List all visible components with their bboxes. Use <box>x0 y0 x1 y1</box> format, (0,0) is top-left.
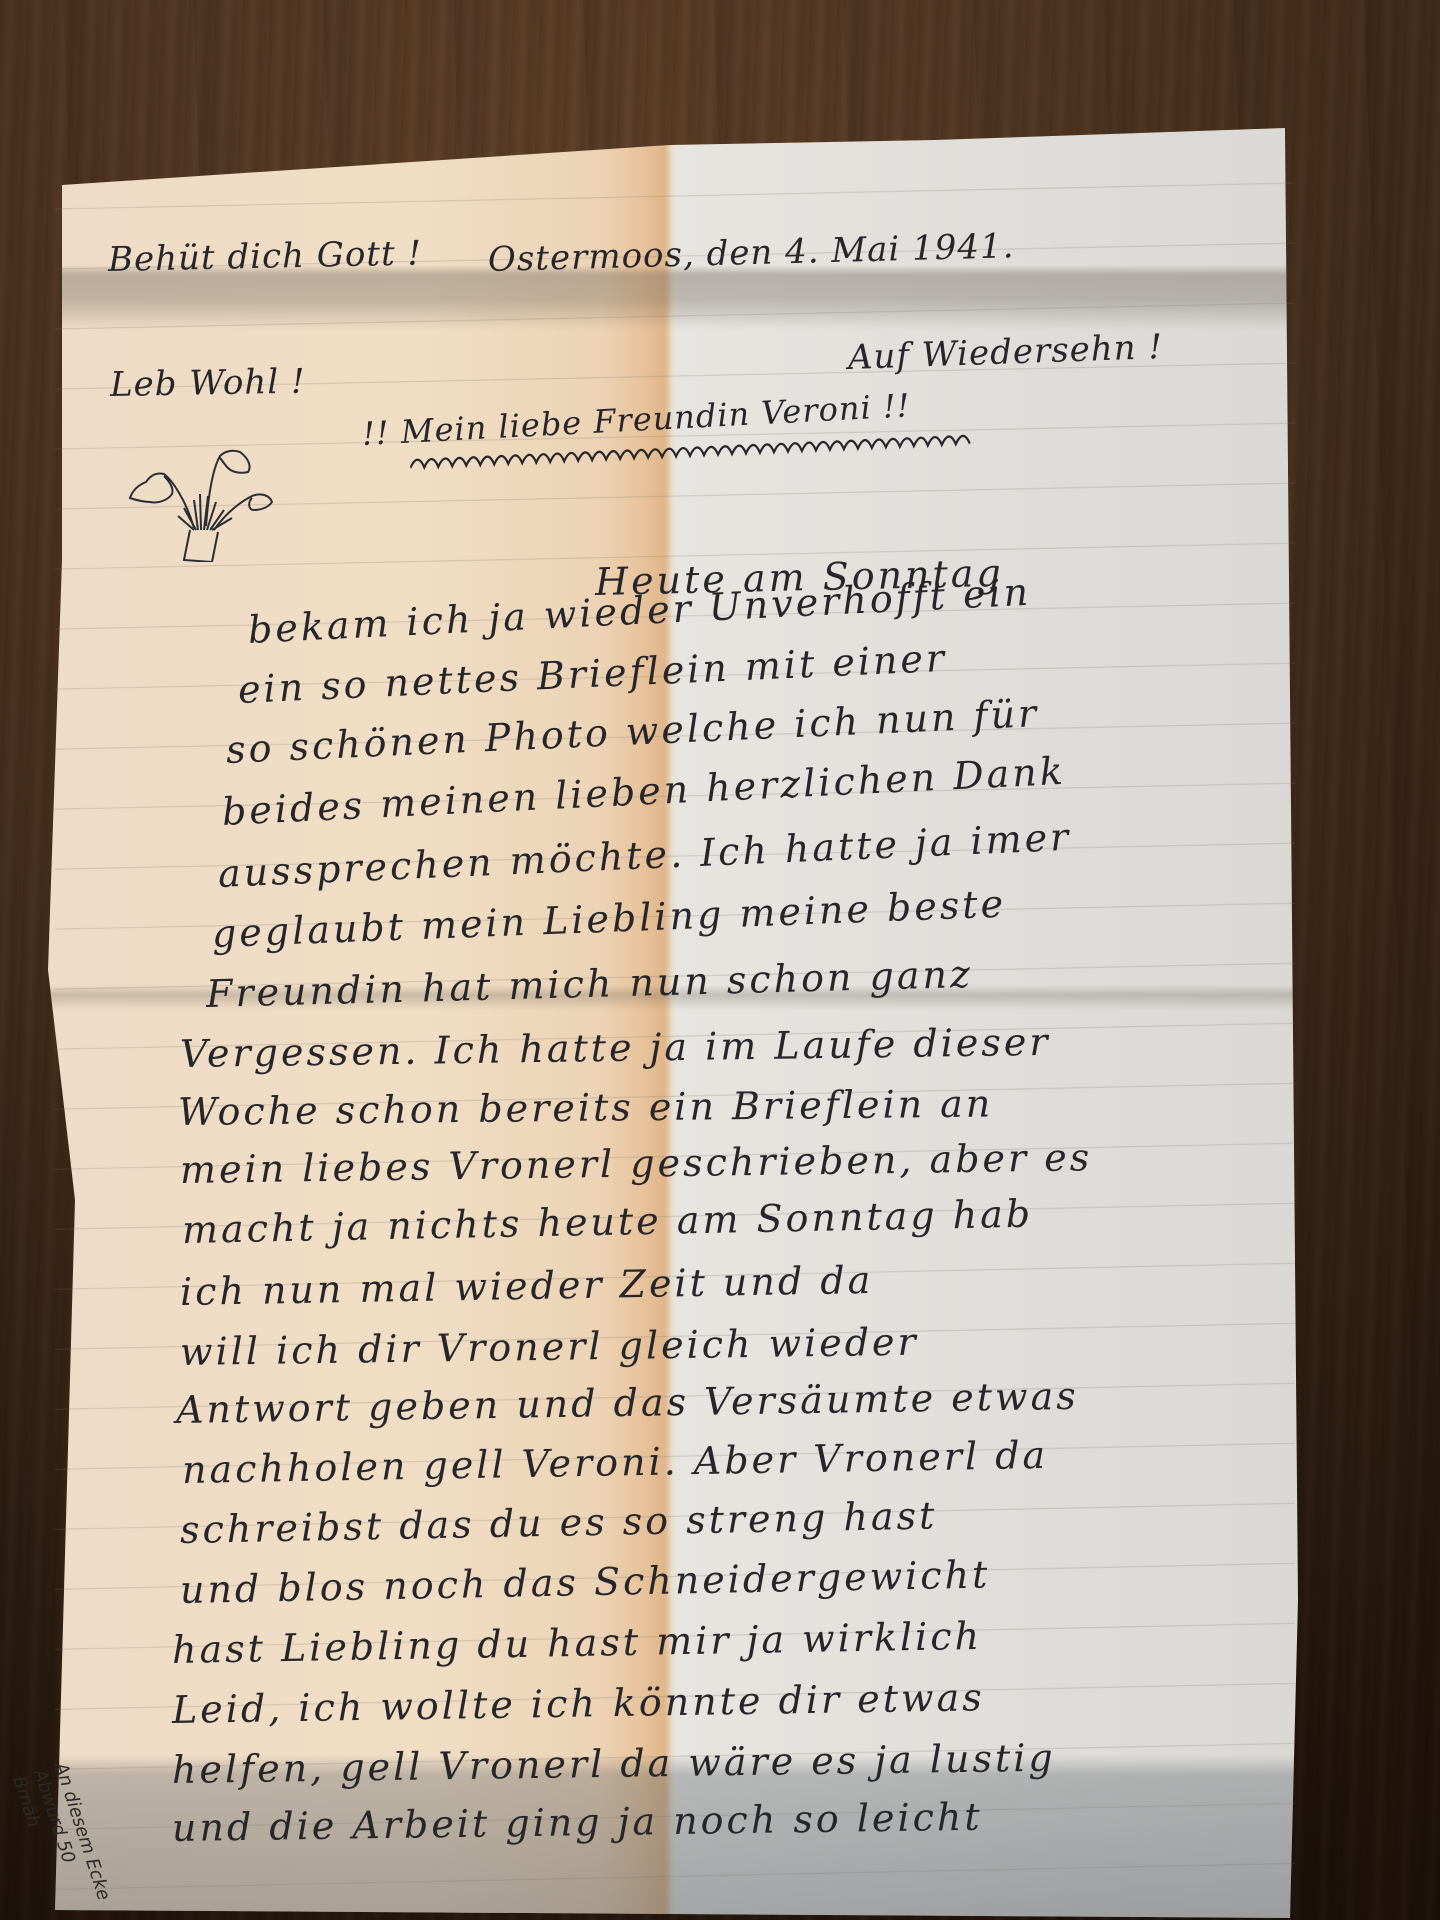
plant-in-pot-icon <box>128 440 288 562</box>
blessing-text: Behüt dich Gott ! <box>108 233 423 280</box>
letter-line-10: Woche schon bereits ein Brieflein an <box>178 1081 994 1134</box>
farewell-left-text: Leb Wohl ! <box>110 362 306 405</box>
